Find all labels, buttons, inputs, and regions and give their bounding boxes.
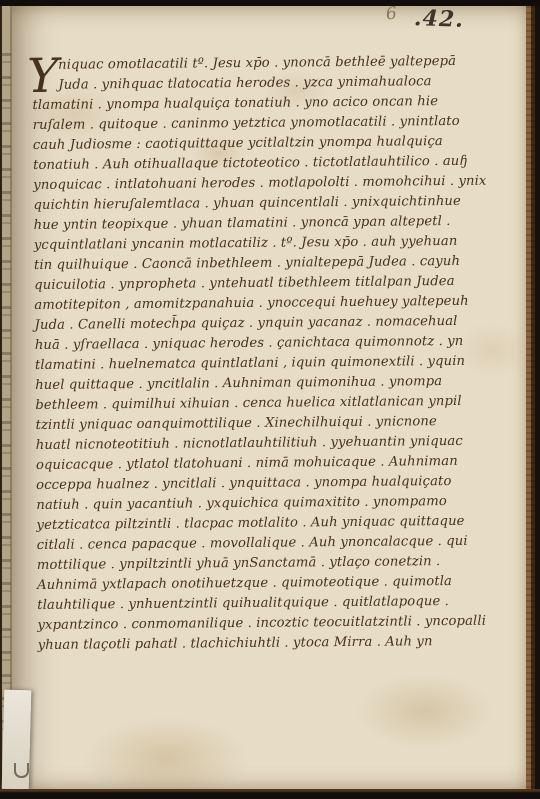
facing-page-bleed-through — [1, 40, 11, 740]
manuscript-page: 6 .42. Y niquac omotlacatili tº. Jesu xp… — [12, 4, 528, 790]
text-line: yhuan tlaçotli pahatl . tlachichiuhtli .… — [38, 632, 486, 656]
text-block: Y niquac omotlacatili tº. Jesu xp̄o . yn… — [32, 52, 486, 656]
pen-trial-mark — [14, 763, 29, 778]
manuscript-photo: 6 .42. Y niquac omotlacatili tº. Jesu xp… — [0, 0, 540, 799]
quire-mark: 6 — [385, 3, 398, 24]
folio-page-number: .42. — [414, 5, 465, 33]
bottom-edge-shadow — [0, 789, 540, 799]
top-edge-shadow — [0, 0, 540, 6]
page-edge-texture — [526, 0, 535, 799]
